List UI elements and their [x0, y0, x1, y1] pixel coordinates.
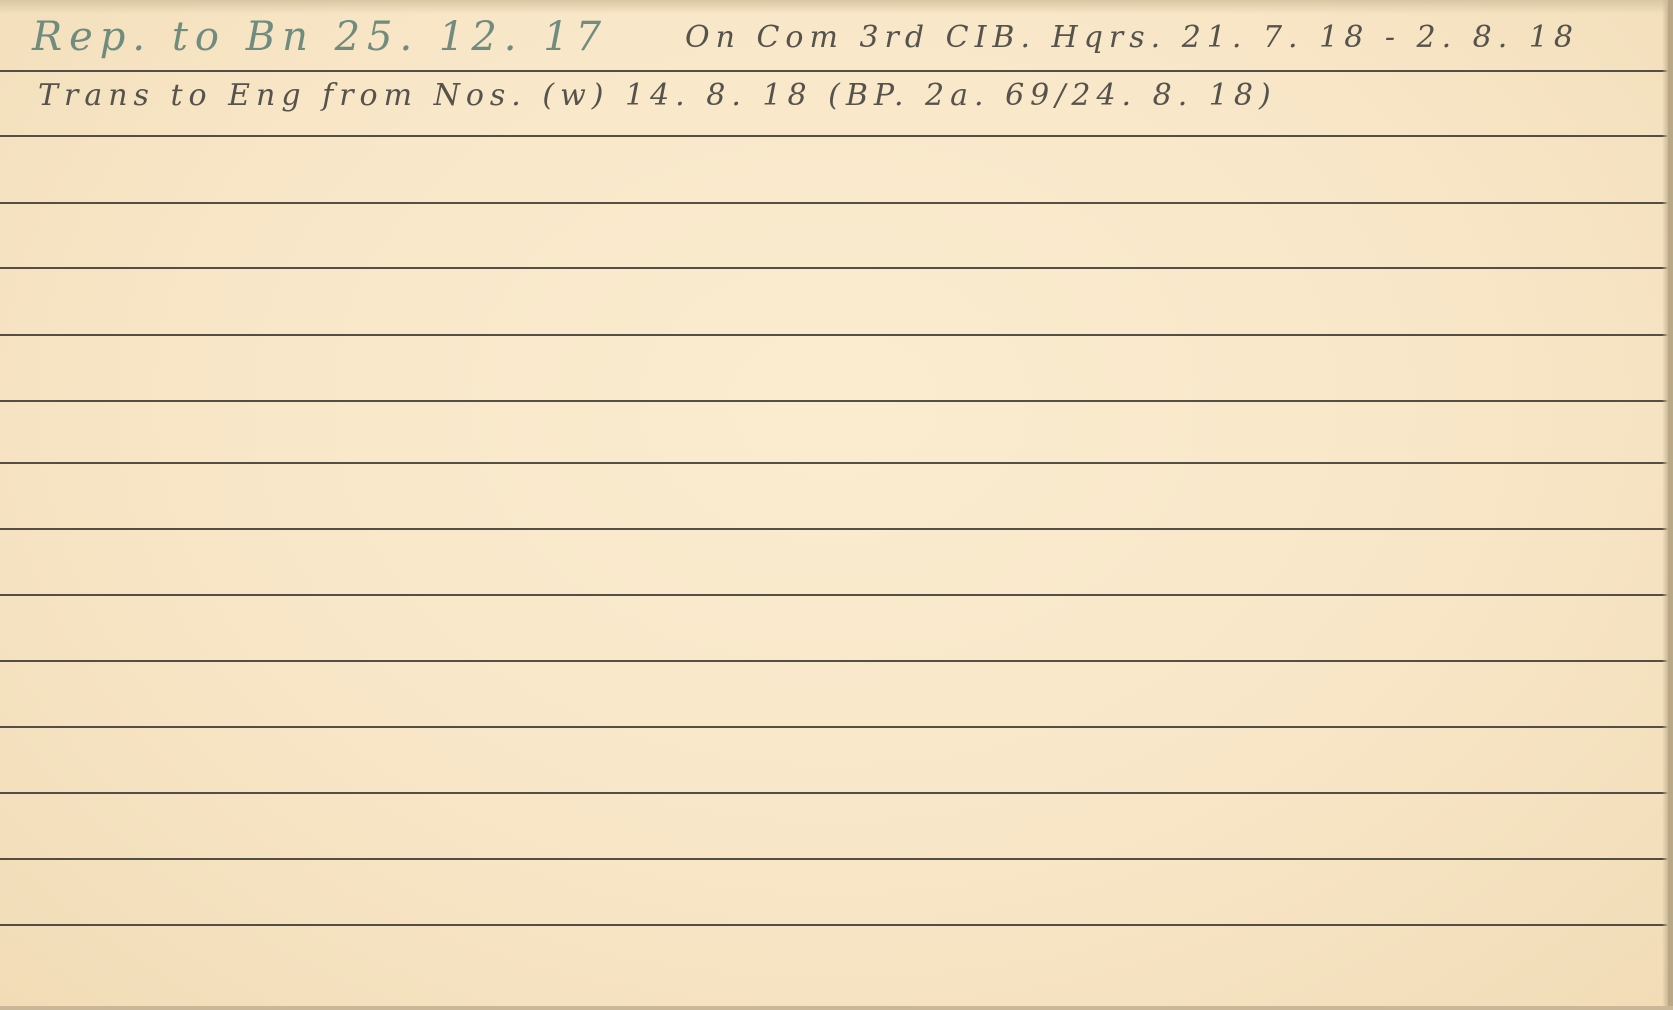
ruled-line — [0, 924, 1668, 926]
ruled-line — [0, 70, 1668, 72]
ruled-line — [0, 594, 1668, 596]
handwritten-entry-transferred-to-england: Trans to Eng from Nos. (w) 14. 8. 18 (BP… — [38, 78, 1277, 113]
card-edge-bottom — [0, 1006, 1673, 1010]
ruled-line — [0, 792, 1668, 794]
ruled-line — [0, 528, 1668, 530]
ruled-line — [0, 202, 1668, 204]
ruled-line — [0, 267, 1668, 269]
handwritten-entry-reported-to-battalion: Rep. to Bn 25. 12. 17 — [32, 14, 608, 60]
index-card: Rep. to Bn 25. 12. 17 On Com 3rd CIB. Hq… — [0, 0, 1668, 1006]
ruled-line — [0, 726, 1668, 728]
ruled-line — [0, 135, 1668, 137]
card-edge-right — [1668, 0, 1673, 1010]
handwritten-entry-on-command: On Com 3rd CIB. Hqrs. 21. 7. 18 - 2. 8. … — [685, 20, 1579, 55]
ruled-line — [0, 334, 1668, 336]
ruled-line — [0, 400, 1668, 402]
ruled-line — [0, 660, 1668, 662]
ruled-line — [0, 858, 1668, 860]
ruled-line — [0, 462, 1668, 464]
